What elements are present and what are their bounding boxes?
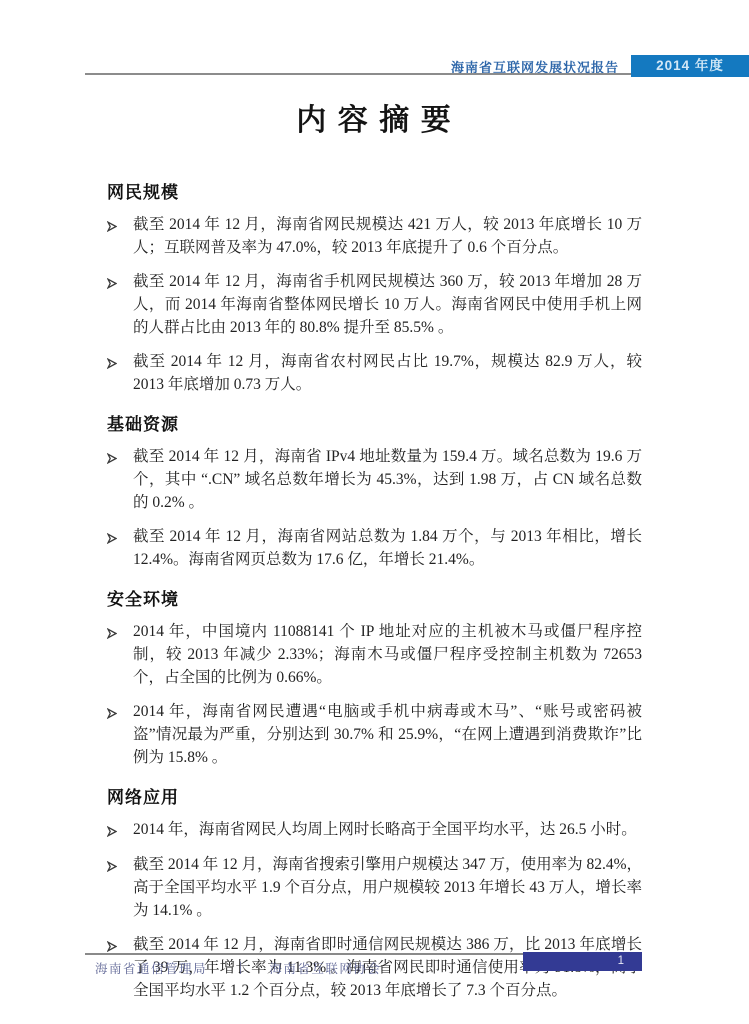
footer-organizations: 海南省通信管理局 | 海南省互联网协会 [95, 959, 381, 977]
arrowhead-right-icon [107, 445, 133, 469]
list-item-text: 截至 2014 年 12 月，海南省手机网民规模达 360 万，较 2013 年… [133, 270, 642, 339]
list-item: 截至 2014 年 12 月，海南省网民规模达 421 万人，较 2013 年底… [107, 213, 642, 259]
list-item: 2014 年，中国境内 11088141 个 IP 地址对应的主机被木马或僵尸程… [107, 620, 642, 689]
list-item-text: 截至 2014 年 12 月，海南省网站总数为 1.84 万个，与 2013 年… [133, 525, 642, 571]
section-heading: 网民规模 [107, 178, 642, 203]
arrowhead-right-icon [107, 270, 133, 294]
section-heading: 基础资源 [107, 410, 642, 435]
list-item: 截至 2014 年 12 月，海南省 IPv4 地址数量为 159.4 万。域名… [107, 445, 642, 514]
header-rule [85, 73, 631, 75]
page-number-badge: 1 [523, 952, 642, 971]
arrowhead-right-icon [107, 853, 133, 877]
footer-org-left: 海南省通信管理局 [95, 959, 207, 977]
arrowhead-right-icon [107, 700, 133, 724]
section-basic-resources: 基础资源 截至 2014 年 12 月，海南省 IPv4 地址数量为 159.4… [107, 410, 642, 571]
list-item: 2014 年，海南省网民人均周上网时长略高于全国平均水平，达 26.5 小时。 [107, 818, 642, 842]
document-page: 海南省互联网发展状况报告 2014 年度 内 容 摘 要 网民规模 截至 201… [0, 0, 749, 1024]
list-item: 截至 2014 年 12 月，海南省网站总数为 1.84 万个，与 2013 年… [107, 525, 642, 571]
section-heading: 网络应用 [107, 783, 642, 808]
arrowhead-right-icon [107, 350, 133, 374]
section-security-environment: 安全环境 2014 年，中国境内 11088141 个 IP 地址对应的主机被木… [107, 585, 642, 769]
section-netizen-scale: 网民规模 截至 2014 年 12 月，海南省网民规模达 421 万人，较 20… [107, 178, 642, 396]
page-title: 内 容 摘 要 [0, 95, 749, 139]
footer-org-right: 海南省互联网协会 [269, 959, 381, 977]
header-year-badge: 2014 年度 [631, 55, 749, 77]
list-item-text: 截至 2014 年 12 月，海南省农村网民占比 19.7%，规模达 82.9 … [133, 350, 642, 396]
arrowhead-right-icon [107, 213, 133, 237]
list-item: 截至 2014 年 12 月，海南省农村网民占比 19.7%，规模达 82.9 … [107, 350, 642, 396]
list-item-text: 2014 年，中国境内 11088141 个 IP 地址对应的主机被木马或僵尸程… [133, 620, 642, 689]
list-item: 2014 年，海南省网民遭遇“电脑或手机中病毒或木马”、“账号或密码被盗”情况最… [107, 700, 642, 769]
list-item: 截至 2014 年 12 月，海南省搜索引擎用户规模达 347 万，使用率为 8… [107, 853, 642, 922]
list-item-text: 截至 2014 年 12 月，海南省 IPv4 地址数量为 159.4 万。域名… [133, 445, 642, 514]
list-item: 截至 2014 年 12 月，海南省手机网民规模达 360 万，较 2013 年… [107, 270, 642, 339]
list-item-text: 截至 2014 年 12 月，海南省搜索引擎用户规模达 347 万，使用率为 8… [133, 853, 642, 922]
section-heading: 安全环境 [107, 585, 642, 610]
list-item-text: 2014 年，海南省网民遭遇“电脑或手机中病毒或木马”、“账号或密码被盗”情况最… [133, 700, 642, 769]
arrowhead-right-icon [107, 525, 133, 549]
arrowhead-right-icon [107, 818, 133, 842]
footer-separator: | [239, 960, 243, 976]
arrowhead-right-icon [107, 620, 133, 644]
list-item-text: 截至 2014 年 12 月，海南省网民规模达 421 万人，较 2013 年底… [133, 213, 642, 259]
footer-rule [85, 953, 523, 955]
content-column: 网民规模 截至 2014 年 12 月，海南省网民规模达 421 万人，较 20… [107, 178, 642, 1013]
list-item-text: 2014 年，海南省网民人均周上网时长略高于全国平均水平，达 26.5 小时。 [133, 818, 642, 841]
